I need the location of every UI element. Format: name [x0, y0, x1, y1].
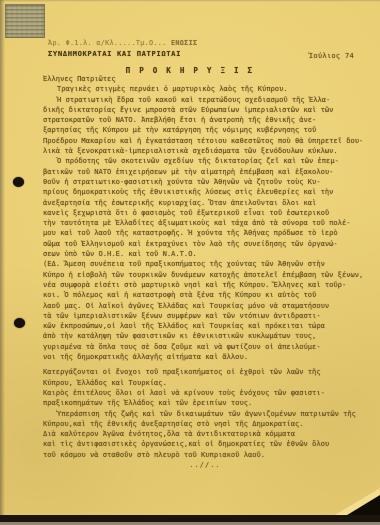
document-line: Κύπρου, Ἑλλάδος καὶ Τουρκίας. — [43, 378, 367, 388]
document-line: θοῦν ἡ στρατιωτικο-φασιστικὴ χούντα τῶν … — [43, 177, 367, 187]
document-line: Διὰ καλύτερον Ἀγῶνα ἑνότητος,ὅλα τὰ ἀντι… — [43, 429, 367, 439]
document-line: ἀνεξαρτησία τῆς ἐσωτερικῆς κυριαρχίας. Ὅ… — [43, 198, 367, 208]
document-line: πρίους δημοκρατικοὺς τῆς ἐθνικιστικῆς λύ… — [43, 187, 367, 197]
document-line: Ἕλληνες Πατριῶτες — [43, 74, 367, 84]
document-line: λικὰ τὰ ξενοκρατικὰ-ἰμπεριαλιστικὰ σχεδι… — [43, 146, 367, 156]
document-line: σῶμα τοῦ Ἑλληνισμοῦ καὶ ἐκτραχύνει τὸν λ… — [43, 239, 367, 249]
document-page: Ἀρ. Φ.1.λ. α/Κλ.....Τμ.Ο... ΕΝΩΣΙΣ ΣΥΝΔΗ… — [0, 0, 380, 525]
reference-text: Ἀρ. Φ.1.λ. α/Κλ.....Τμ.Ο... — [48, 39, 167, 47]
reference-line: Ἀρ. Φ.1.λ. α/Κλ.....Τμ.Ο... ΕΝΩΣΙΣ — [48, 39, 197, 47]
document-line: τὴν ταυτότητα μὲ Ἑλλαδίτες ἀξιωματικοὺς … — [43, 218, 367, 228]
organization-line: ΣΥΝΔΗΜΟΚΡΑΤΑΙ ΚΑΙ ΠΑΤΡΙΩΤΑΙ — [48, 49, 181, 58]
document-line: κῶν ἐκπροσώπων,οἱ λαοὶ τῆς Ἑλλάδος καὶ Τ… — [43, 321, 367, 331]
document-line: πραξικοπημάτων τῆς Ἑλλάδος καὶ τῶν ἐρειπ… — [43, 398, 367, 408]
document-line: νοι τῆς δημοκρατικῆς ἀλλαγῆς αἰτήματα κα… — [43, 352, 367, 362]
document-line: κανεὶς ξεχωριστὰ ὅτι ὁ φασισμὸς τοῦ ἐξωτ… — [43, 208, 367, 218]
document-line: Ὑπεράσπιση τῆς ζωῆς καὶ τῶν δικαιωμάτων … — [43, 409, 367, 419]
end-mark: ..//.. — [43, 460, 367, 470]
document-line: μου καὶ τοῦ λαοῦ τῆς καταστροφῆς. Ἡ χούν… — [43, 228, 367, 238]
document-line: Ἡ στρατιωτικὴ ἕδρα τοῦ κακοῦ καὶ τερατώδ… — [43, 95, 367, 105]
document-line: γυρισμένα τὰ ὅπλα τους σὲ ὅσα ζοῦμε καὶ … — [43, 342, 367, 352]
document-body: Ἕλληνες ΠατριῶτεςΤραγικὲς στιγμὲς περνάε… — [43, 74, 367, 470]
scan-left-edge — [0, 0, 5, 525]
document-line: Κύπρου,καὶ τῆς ἐθνικῆς ἀνεξαρτησίας στὸ … — [43, 419, 367, 429]
document-line: Καιρὸς ἐπιτέλους ὅλοι οἱ λαοὶ νὰ κρίνουν… — [43, 388, 367, 398]
document-line: (ΕΔ. Ἄμεση συνέπεια τοῦ πραξικοπήματος τ… — [43, 259, 367, 269]
document-line: δικῆς δικτατορίας ἔγινε μπροστὰ στῶν Εὐρ… — [43, 105, 367, 115]
document-line: κοι. Ὁ πόλεμος καὶ ἡ καταστροφὴ στὰ ξένα… — [43, 290, 367, 300]
document-line: λαοῦ μας. Οἱ λαϊκοὶ ἀγῶνες Ἑλλάδας καὶ Τ… — [43, 301, 367, 311]
document-line: τὰ τῶν ἰμπεριαλιστικῶν ξένων συμφέρων κα… — [43, 311, 367, 321]
document-line: νέα συμφορὰ εἰσέτι στὸ μαρτυρικὸ νησὶ κα… — [43, 280, 367, 290]
hole-punch-dot-top — [13, 177, 24, 187]
document-line: Κύπρο ἡ εἰσβολὴ τῶν τουρκικῶν δυνάμεων κ… — [43, 270, 367, 280]
document-line: Προέδρου Μακαρίου καὶ ἡ ἐγκατάσταση τέτο… — [43, 136, 367, 146]
scan-bottom-bar — [0, 515, 380, 522]
document-line: σεων ὑπὸ τῶν Ο.Η.Ε. καὶ τοῦ Ν.Α.Τ.Ο. — [43, 249, 367, 259]
date-line: Ἰούλιος 74 — [309, 52, 354, 60]
document-line: καὶ τὶς ἀντιφασιστικὲς ὀργανώσεις,καὶ οἱ… — [43, 439, 367, 449]
reference-bold-word: ΕΝΩΣΙΣ — [171, 39, 197, 47]
document-line: ξαρτησίας τῆς Κύπρου μὲ τὴν κατάργηση τῆ… — [43, 125, 367, 135]
document-line: Κατεργάζονται οἱ ἔνοχοι τοῦ πραξικοπήματ… — [43, 367, 367, 377]
document-line: βατικῶν τοῦ ΝΑΤΟ ἐπιχειρήσεων μὲ τὴν αἱμ… — [43, 167, 367, 177]
document-line: τοῦ κόσμου νὰ σταθοῦν στὸ πλευρὸ τοῦ Κυπ… — [43, 450, 367, 460]
document-line: ἀπὸ τὴν κατάληψη τῶν φασιστικῶν κι ἐθνικ… — [43, 331, 367, 341]
official-stamp — [5, 4, 45, 38]
scan-top-edge — [0, 0, 380, 2]
document-line: Τραγικὲς στιγμὲς περνάει ὁ μαρτυρικὸς λα… — [43, 84, 367, 94]
hole-punch-dot-bottom — [14, 318, 25, 328]
document-line: Ὁ πρόδοτης τῶν σκοτεινῶν σχεδίων τῆς δικ… — [43, 156, 367, 166]
document-line: στρατοκρατῶν τοῦ ΝΑΤΟ. Ἀπεβλήθη ἔτσι ἡ ἀ… — [43, 115, 367, 125]
